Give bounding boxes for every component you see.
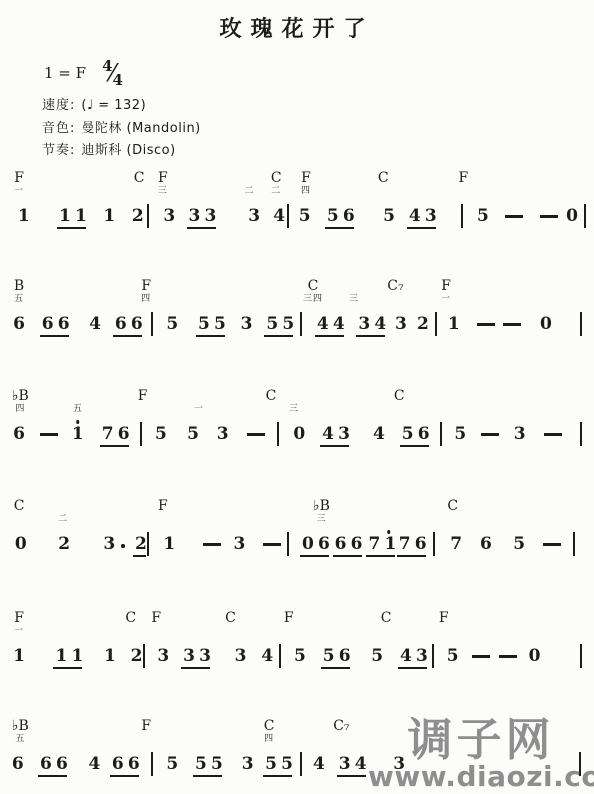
chord-position-numeral: 一 xyxy=(441,295,451,304)
dash-note xyxy=(540,215,558,218)
dash-note xyxy=(499,655,517,658)
note: 5 xyxy=(195,754,204,774)
note: 1 xyxy=(71,646,80,666)
chord-symbol: C xyxy=(447,498,459,515)
chord-label: F xyxy=(14,610,24,626)
note: 5 xyxy=(371,646,383,666)
chord-label: C xyxy=(14,498,25,514)
note: 3 xyxy=(217,424,229,444)
note: 6 xyxy=(128,754,137,774)
chord-symbol: ♭B三 xyxy=(313,498,330,524)
note: 6 xyxy=(335,534,344,554)
chord-position-numeral: 一 xyxy=(194,405,204,414)
note-group: 43 xyxy=(320,424,349,447)
chord-symbol: C四 xyxy=(263,718,275,744)
chord-label: F xyxy=(138,388,148,404)
note: 7 xyxy=(450,534,462,554)
note: 1 xyxy=(103,206,115,226)
barline xyxy=(580,422,582,446)
chord-position-numeral: 三 xyxy=(289,405,299,414)
chord-position-numeral: 二 xyxy=(271,187,281,196)
chord-label: C xyxy=(134,170,145,186)
barline xyxy=(432,644,434,668)
note: 5 xyxy=(299,206,311,226)
note: 4 xyxy=(409,206,418,226)
note: 6 xyxy=(58,314,67,334)
note: 3 xyxy=(339,754,348,774)
barline xyxy=(147,204,149,228)
chord-label: ♭B xyxy=(313,498,330,514)
note: 3 xyxy=(157,646,169,666)
note: 1 xyxy=(18,206,30,226)
note-group: 56 xyxy=(321,646,350,669)
dash-note xyxy=(477,323,495,326)
chord-position-numeral: 五 xyxy=(15,735,25,744)
note: 1 xyxy=(384,534,393,554)
chord-row: ♭B四五F一C三C xyxy=(0,388,594,418)
notation-system: ♭B四五F一C三C617655304345653 xyxy=(0,388,594,458)
chord-label: C xyxy=(125,610,136,626)
note: 5 xyxy=(266,314,275,334)
chord-symbol: 三 xyxy=(288,388,300,414)
chord-symbol: C二 xyxy=(270,170,282,196)
note: 4 xyxy=(261,646,273,666)
note: 6 xyxy=(418,424,427,444)
note-group: 33 xyxy=(181,646,210,669)
barline xyxy=(151,752,153,776)
dash-note xyxy=(203,543,221,546)
chord-position-numeral: 五 xyxy=(73,405,83,414)
note-group: 55 xyxy=(196,314,225,337)
note: 6 xyxy=(13,314,25,334)
note: 3 xyxy=(233,534,245,554)
note: 6 xyxy=(131,314,140,334)
barline xyxy=(573,532,575,556)
note: 5 xyxy=(265,754,274,774)
note: 6 xyxy=(118,424,127,444)
chord-label: F xyxy=(158,498,168,514)
note-group: 33 xyxy=(187,206,216,229)
chord-symbol: F xyxy=(140,718,152,735)
note: 6 xyxy=(12,754,24,774)
note: 3 xyxy=(248,206,260,226)
chord-label: C xyxy=(378,170,389,186)
chord-row: F一CFCFCF xyxy=(0,610,594,640)
chord-symbol: F xyxy=(150,610,162,627)
barline xyxy=(287,532,289,556)
note-group: 66 xyxy=(333,534,362,557)
note: 4 xyxy=(89,754,101,774)
note-row: 111123333455654350 xyxy=(0,206,594,234)
chord-label: C xyxy=(308,278,319,294)
note: 5 xyxy=(282,314,291,334)
note: 3 xyxy=(163,206,175,226)
dash-note xyxy=(472,655,490,658)
chord-position-numeral: 五 xyxy=(14,295,24,304)
chord-row: B五F四C三四三C₇F一 xyxy=(0,278,594,308)
chord-symbol: 二 xyxy=(57,498,69,524)
note-group: 76 xyxy=(100,424,129,447)
note-group: 43 xyxy=(407,206,436,229)
note: 5 xyxy=(294,646,306,666)
chord-symbol: F xyxy=(283,610,295,627)
note-group: 11 xyxy=(57,206,86,229)
chord-symbol: C xyxy=(393,388,405,405)
note: 4 xyxy=(89,314,101,334)
dash-note xyxy=(543,543,561,546)
note: 2 xyxy=(135,534,144,554)
chord-symbol: C三四 xyxy=(303,278,323,304)
chord-label: F xyxy=(301,170,311,186)
note: 3 xyxy=(338,424,347,444)
chord-symbol: F一 xyxy=(440,278,452,304)
rest-note: 0 xyxy=(540,314,552,334)
watermark-site-name: 调子网 xyxy=(368,717,594,763)
note: 6 xyxy=(339,646,348,666)
watermark: 调子网 www.diaozi.com xyxy=(368,717,594,790)
dash-note xyxy=(40,433,58,436)
barline xyxy=(279,644,281,668)
chord-symbol: F xyxy=(438,610,450,627)
rest-note: 0 xyxy=(15,534,27,554)
note: 5 xyxy=(454,424,466,444)
note: 3 xyxy=(242,754,254,774)
notation-system: F一CF三二C二F四CF111123333455654350 xyxy=(0,170,594,240)
note-group: 71 xyxy=(366,534,395,557)
chord-label: ♭B xyxy=(12,388,29,404)
chord-symbol: C xyxy=(380,610,392,627)
note-row: 02321306667176765 xyxy=(0,534,594,562)
chord-position-numeral: 二 xyxy=(245,187,255,196)
note: 5 xyxy=(513,534,525,554)
chord-position-numeral: 四 xyxy=(264,735,274,744)
barline xyxy=(287,204,289,228)
note: 3 xyxy=(183,646,192,666)
chord-symbol: B五 xyxy=(13,278,25,304)
chord-position-numeral: 一 xyxy=(14,627,24,636)
note: 3 xyxy=(514,424,526,444)
barline xyxy=(433,532,435,556)
barline xyxy=(580,644,582,668)
note-group: 55 xyxy=(263,754,292,777)
chord-symbol: 一 xyxy=(193,388,205,414)
barline xyxy=(143,644,145,668)
chord-symbol: F一 xyxy=(13,610,25,636)
note-group: 56 xyxy=(325,206,354,229)
note-row: 111123333455654350 xyxy=(0,646,594,674)
note: 7 xyxy=(399,534,408,554)
note: 5 xyxy=(155,424,167,444)
note: 6 xyxy=(13,424,25,444)
note: 5 xyxy=(166,754,178,774)
note: 4 xyxy=(322,424,331,444)
chord-symbol: C xyxy=(125,610,137,627)
chord-label: F xyxy=(158,170,168,186)
chord-label: F xyxy=(151,610,161,626)
chord-position-numeral: 一 xyxy=(14,187,24,196)
note: 3 xyxy=(205,206,214,226)
dash-note xyxy=(247,433,265,436)
note: 2 xyxy=(58,534,70,554)
note: 4 xyxy=(373,424,385,444)
chord-row: C二F♭B三C xyxy=(0,498,594,528)
note: 5 xyxy=(323,646,332,666)
note-group: 76 xyxy=(397,534,426,557)
chord-symbol: F三 xyxy=(157,170,169,196)
chord-label: ♭B xyxy=(12,718,29,734)
chord-symbol: F四 xyxy=(140,278,152,304)
chord-label: C xyxy=(394,388,405,404)
chord-position-numeral: 四 xyxy=(301,187,311,196)
note-group: 44 xyxy=(315,314,344,337)
note: 2 xyxy=(417,314,429,334)
chord-symbol: F xyxy=(137,388,149,405)
note: 4 xyxy=(317,314,326,334)
chord-symbol: C₇ xyxy=(387,278,403,295)
chord-symbol: F xyxy=(157,498,169,515)
chord-symbol: 三 xyxy=(348,278,360,304)
note: 5 xyxy=(211,754,220,774)
note: 5 xyxy=(214,314,223,334)
chord-label: F xyxy=(284,610,294,626)
note: 1 xyxy=(448,314,460,334)
note: 3 xyxy=(235,646,247,666)
note: 3 xyxy=(199,646,208,666)
dash-note xyxy=(481,433,499,436)
note: 3 xyxy=(241,314,253,334)
notation-system: B五F四C三四三C₇F一66646655535544343210 xyxy=(0,278,594,348)
chord-label: C xyxy=(266,388,277,404)
chord-symbol: C xyxy=(13,498,25,515)
barline xyxy=(435,312,437,336)
note: 6 xyxy=(40,754,49,774)
note: 5 xyxy=(477,206,489,226)
chord-symbol: C₇ xyxy=(333,718,349,735)
chord-position-numeral: 四 xyxy=(141,295,151,304)
chord-label: B xyxy=(14,278,24,294)
chord-symbol: F xyxy=(457,170,469,187)
note-group: 2 xyxy=(133,534,146,557)
note: 5 xyxy=(327,206,336,226)
note: 3 xyxy=(416,646,425,666)
note: 6 xyxy=(343,206,352,226)
note-group: 06 xyxy=(300,534,329,557)
note: 5 xyxy=(166,314,178,334)
note: 5 xyxy=(383,206,395,226)
barline xyxy=(277,422,279,446)
dash-note xyxy=(503,323,521,326)
chord-label: C₇ xyxy=(333,718,349,734)
note: 5 xyxy=(187,424,199,444)
note: 4 xyxy=(273,206,285,226)
note: 3 xyxy=(425,206,434,226)
chord-label: C xyxy=(447,498,458,514)
note-group: 66 xyxy=(40,314,69,337)
note: 5 xyxy=(281,754,290,774)
note: 5 xyxy=(198,314,207,334)
note: 5 xyxy=(447,646,459,666)
note: 6 xyxy=(318,534,327,554)
rest-note: 0 xyxy=(529,646,541,666)
chord-symbol: F一 xyxy=(13,170,25,196)
dash-note xyxy=(263,543,281,546)
barline xyxy=(151,312,153,336)
chord-symbol: 五 xyxy=(72,388,84,414)
rest-note: 0 xyxy=(566,206,578,226)
chord-symbol: F四 xyxy=(300,170,312,196)
note: 6 xyxy=(415,534,424,554)
chord-label: C xyxy=(381,610,392,626)
chord-label: F xyxy=(141,718,151,734)
note-group: 43 xyxy=(398,646,427,669)
note: 6 xyxy=(351,534,360,554)
note: 1 xyxy=(163,534,175,554)
watermark-site-url: www.diaozi.com xyxy=(368,763,594,790)
barline xyxy=(300,312,302,336)
chord-label: F xyxy=(439,610,449,626)
note: 2 xyxy=(132,206,144,226)
barline xyxy=(300,752,302,776)
note-group: 66 xyxy=(113,314,142,337)
chord-symbol: C xyxy=(377,170,389,187)
note: 3 xyxy=(103,534,115,554)
dash-note xyxy=(505,215,523,218)
note: 6 xyxy=(480,534,492,554)
chord-label: F xyxy=(141,278,151,294)
chord-label: F xyxy=(459,170,469,186)
note: 6 xyxy=(115,314,124,334)
note: 3 xyxy=(395,314,407,334)
note: 0 xyxy=(302,534,311,554)
chord-position-numeral: 二 xyxy=(58,515,68,524)
barline xyxy=(461,204,463,228)
note: 5 xyxy=(402,424,411,444)
note-group: 55 xyxy=(264,314,293,337)
note-group: 66 xyxy=(38,754,67,777)
augmentation-dot xyxy=(121,544,125,548)
barline xyxy=(440,422,442,446)
note-group: 34 xyxy=(337,754,366,777)
note: 6 xyxy=(112,754,121,774)
note: 1 xyxy=(55,646,64,666)
barline xyxy=(580,312,582,336)
chord-label: F xyxy=(14,170,24,186)
note: 1 xyxy=(13,646,25,666)
note-row: 617655304345653 xyxy=(0,424,594,452)
note-group: 11 xyxy=(53,646,82,669)
chord-label: C₇ xyxy=(387,278,403,294)
note: 2 xyxy=(131,646,143,666)
chord-row: F一CF三二C二F四CF xyxy=(0,170,594,200)
notation-systems: F一CF三二C二F四CF111123333455654350B五F四C三四三C₇… xyxy=(0,0,594,794)
dash-note xyxy=(544,433,562,436)
note-group: 66 xyxy=(110,754,139,777)
chord-symbol: ♭B四 xyxy=(12,388,29,414)
chord-symbol: C xyxy=(133,170,145,187)
note: 3 xyxy=(189,206,198,226)
chord-position-numeral: 四 xyxy=(15,405,25,414)
note: 3 xyxy=(358,314,367,334)
note: 6 xyxy=(42,314,51,334)
note-row: 66646655535544343210 xyxy=(0,314,594,342)
chord-symbol: 二 xyxy=(244,170,256,196)
note: 1 xyxy=(72,424,84,444)
barline xyxy=(584,204,586,228)
note: 1 xyxy=(104,646,116,666)
chord-position-numeral: 三 xyxy=(316,515,326,524)
notation-system: C二F♭B三C02321306667176765 xyxy=(0,498,594,568)
note: 7 xyxy=(102,424,111,444)
chord-label: C xyxy=(264,718,275,734)
chord-label: C xyxy=(225,610,236,626)
note-group: 56 xyxy=(400,424,429,447)
notation-system: F一CFCFCF111123333455654350 xyxy=(0,610,594,680)
barline xyxy=(140,422,142,446)
sheet-music-page: 玫瑰花开了 1 = F 4⁄4 速度:(♩ = 132) 音色:曼陀林 (Man… xyxy=(0,0,594,794)
chord-symbol: C xyxy=(265,388,277,405)
note-group: 55 xyxy=(193,754,222,777)
rest-note: 0 xyxy=(293,424,305,444)
chord-label: C xyxy=(271,170,282,186)
note: 4 xyxy=(313,754,325,774)
note: 7 xyxy=(368,534,377,554)
note: 4 xyxy=(400,646,409,666)
barline xyxy=(147,532,149,556)
chord-position-numeral: 三 xyxy=(349,295,359,304)
note: 4 xyxy=(333,314,342,334)
note-group: 34 xyxy=(356,314,385,337)
note: 6 xyxy=(56,754,65,774)
chord-position-numeral: 三 xyxy=(158,187,168,196)
note: 1 xyxy=(75,206,84,226)
note: 4 xyxy=(374,314,383,334)
chord-label: F xyxy=(441,278,451,294)
chord-symbol: C xyxy=(225,610,237,627)
note: 1 xyxy=(59,206,68,226)
chord-symbol: ♭B五 xyxy=(12,718,29,744)
chord-position-numeral: 三四 xyxy=(303,295,323,304)
note: 4 xyxy=(355,754,364,774)
